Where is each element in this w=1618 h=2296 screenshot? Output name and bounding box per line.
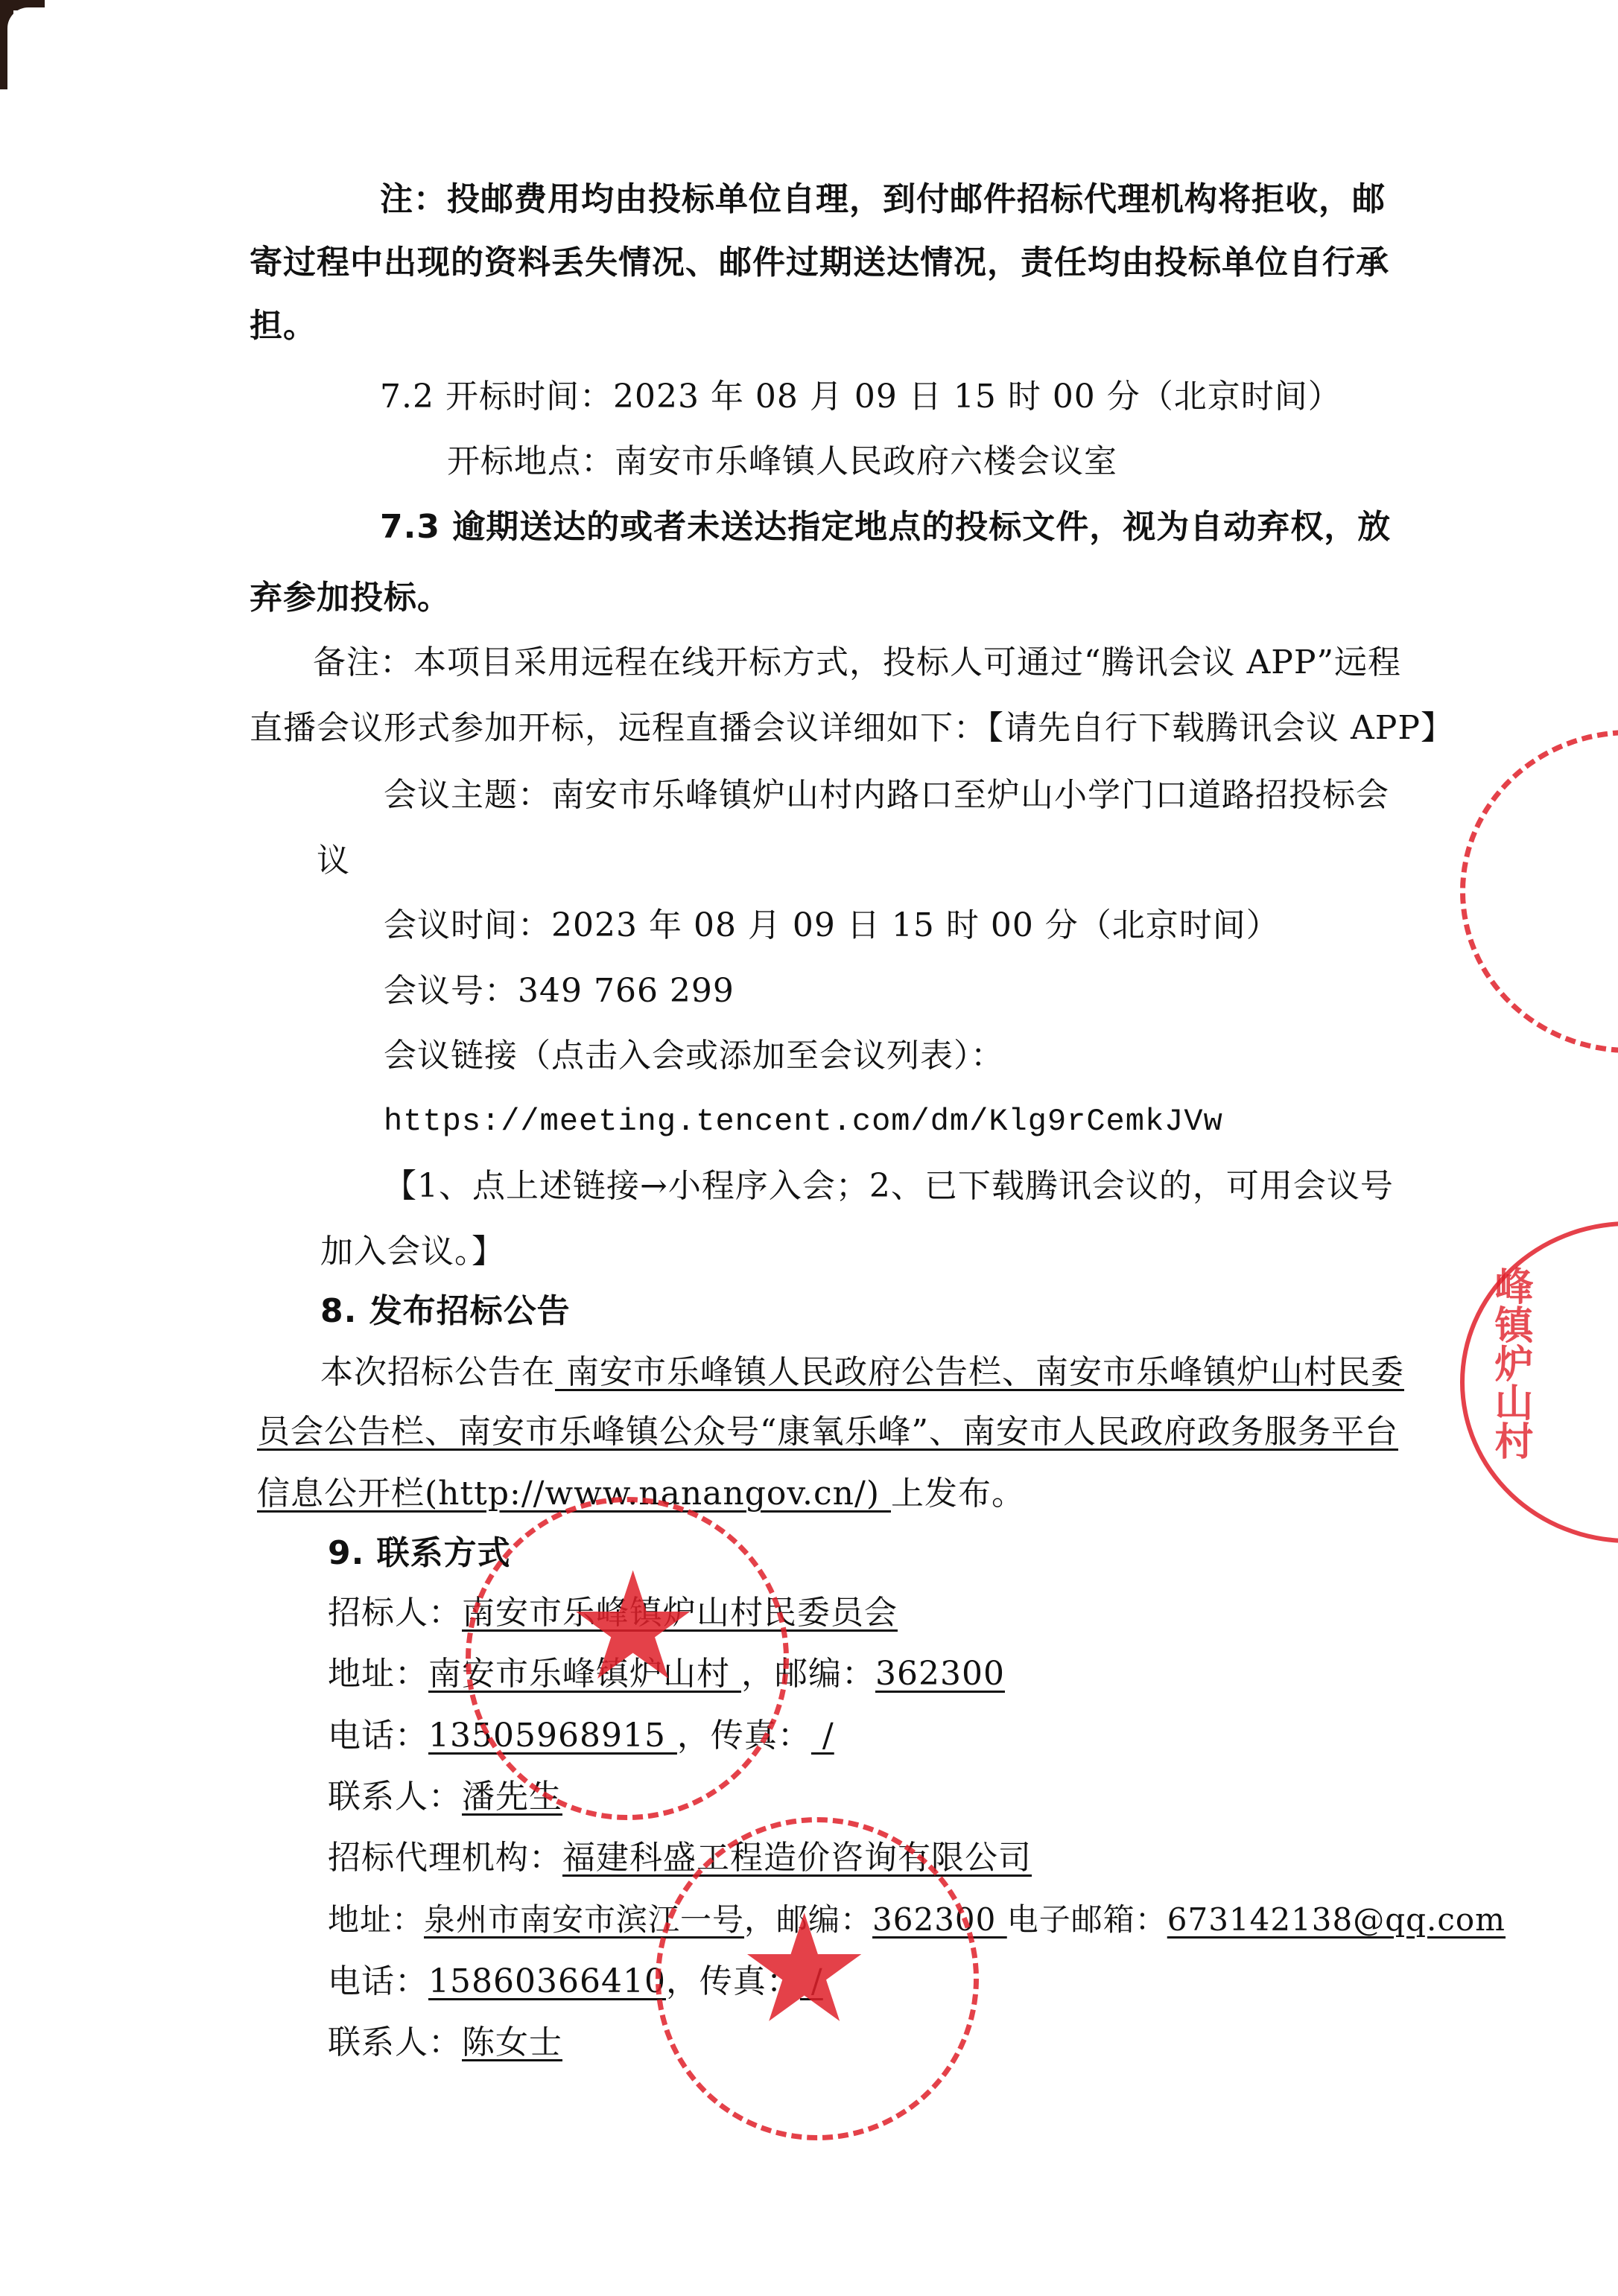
agency-email[interactable]: 673142138@qq.com	[1167, 1901, 1506, 1938]
announcement-venues: 南安市乐峰镇人民政府公告栏、南安市乐峰镇炉山村民委	[555, 1353, 1404, 1391]
meeting-link[interactable]: https://meeting.tencent.com/dm/Klg9rCemk…	[384, 1101, 1223, 1142]
stamp-star-icon: ★	[737, 1895, 871, 2044]
meeting-number: 会议号：349 766 299	[384, 970, 735, 1012]
opening-time-text: 开标时间：2023 年 08 月 09 日 15 时 00 分（北京时间）	[445, 378, 1342, 416]
edge-stamp-text: 峰镇炉山村	[1482, 1266, 1538, 1460]
late-submission-line-2: 弃参加投标。	[250, 577, 451, 619]
note-line-2: 寄过程中出现的资料丢失情况、邮件过期送达情况，责任均由投标单位自行承	[250, 242, 1389, 284]
note-line-3: 担。	[250, 305, 317, 347]
note-line-1: 注：投邮费用均由投标单位自理，到付邮件招标代理机构将拒收，邮	[380, 179, 1386, 220]
meeting-instructions-line-1: 【1、点上述链接→小程序入会；2、已下载腾讯会议的，可用会议号	[384, 1166, 1394, 1207]
announcement-line-1: 本次招标公告在 南安市乐峰镇人民政府公告栏、南安市乐峰镇炉山村民委	[320, 1352, 1404, 1393]
opening-place: 开标地点：南安市乐峰镇人民政府六楼会议室	[447, 441, 1117, 483]
announcement-line-2: 员会公告栏、南安市乐峰镇公众号“康氧乐峰”、南安市人民政府政务服务平台	[257, 1411, 1398, 1453]
meeting-time: 会议时间：2023 年 08 月 09 日 15 时 00 分（北京时间）	[384, 905, 1280, 947]
meeting-topic-line-1: 会议主题：南安市乐峰镇炉山村内路口至炉山小学门口道路招投标会	[384, 775, 1389, 816]
stamp-star-icon: ★	[566, 1553, 699, 1702]
late-submission-line-1: 7.3 逾期送达的或者未送达指定地点的投标文件，视为自动弃权，放	[380, 506, 1391, 548]
section-8-heading: 8. 发布招标公告	[320, 1291, 571, 1332]
remark-line-1: 备注：本项目采用远程在线开标方式，投标人可通过“腾讯会议 APP”远程	[313, 642, 1401, 684]
meeting-instructions-line-2: 加入会议。】	[320, 1231, 505, 1273]
opening-time: 7.2 开标时间：2023 年 08 月 09 日 15 时 00 分（北京时间…	[380, 376, 1342, 418]
section-number: 7.2	[380, 378, 434, 416]
section-9-heading: 9. 联系方式	[328, 1533, 511, 1574]
remark-line-2: 直播会议形式参加开标，远程直播会议详细如下：【请先自行下载腾讯会议 APP】	[250, 707, 1454, 749]
agency-contact: 联系人：陈女士	[328, 2022, 562, 2064]
meeting-link-label: 会议链接（点击入会或添加至会议列表）：	[384, 1035, 1004, 1077]
section-number: 7.3	[380, 508, 440, 546]
meeting-topic-line-2: 议	[317, 840, 350, 882]
